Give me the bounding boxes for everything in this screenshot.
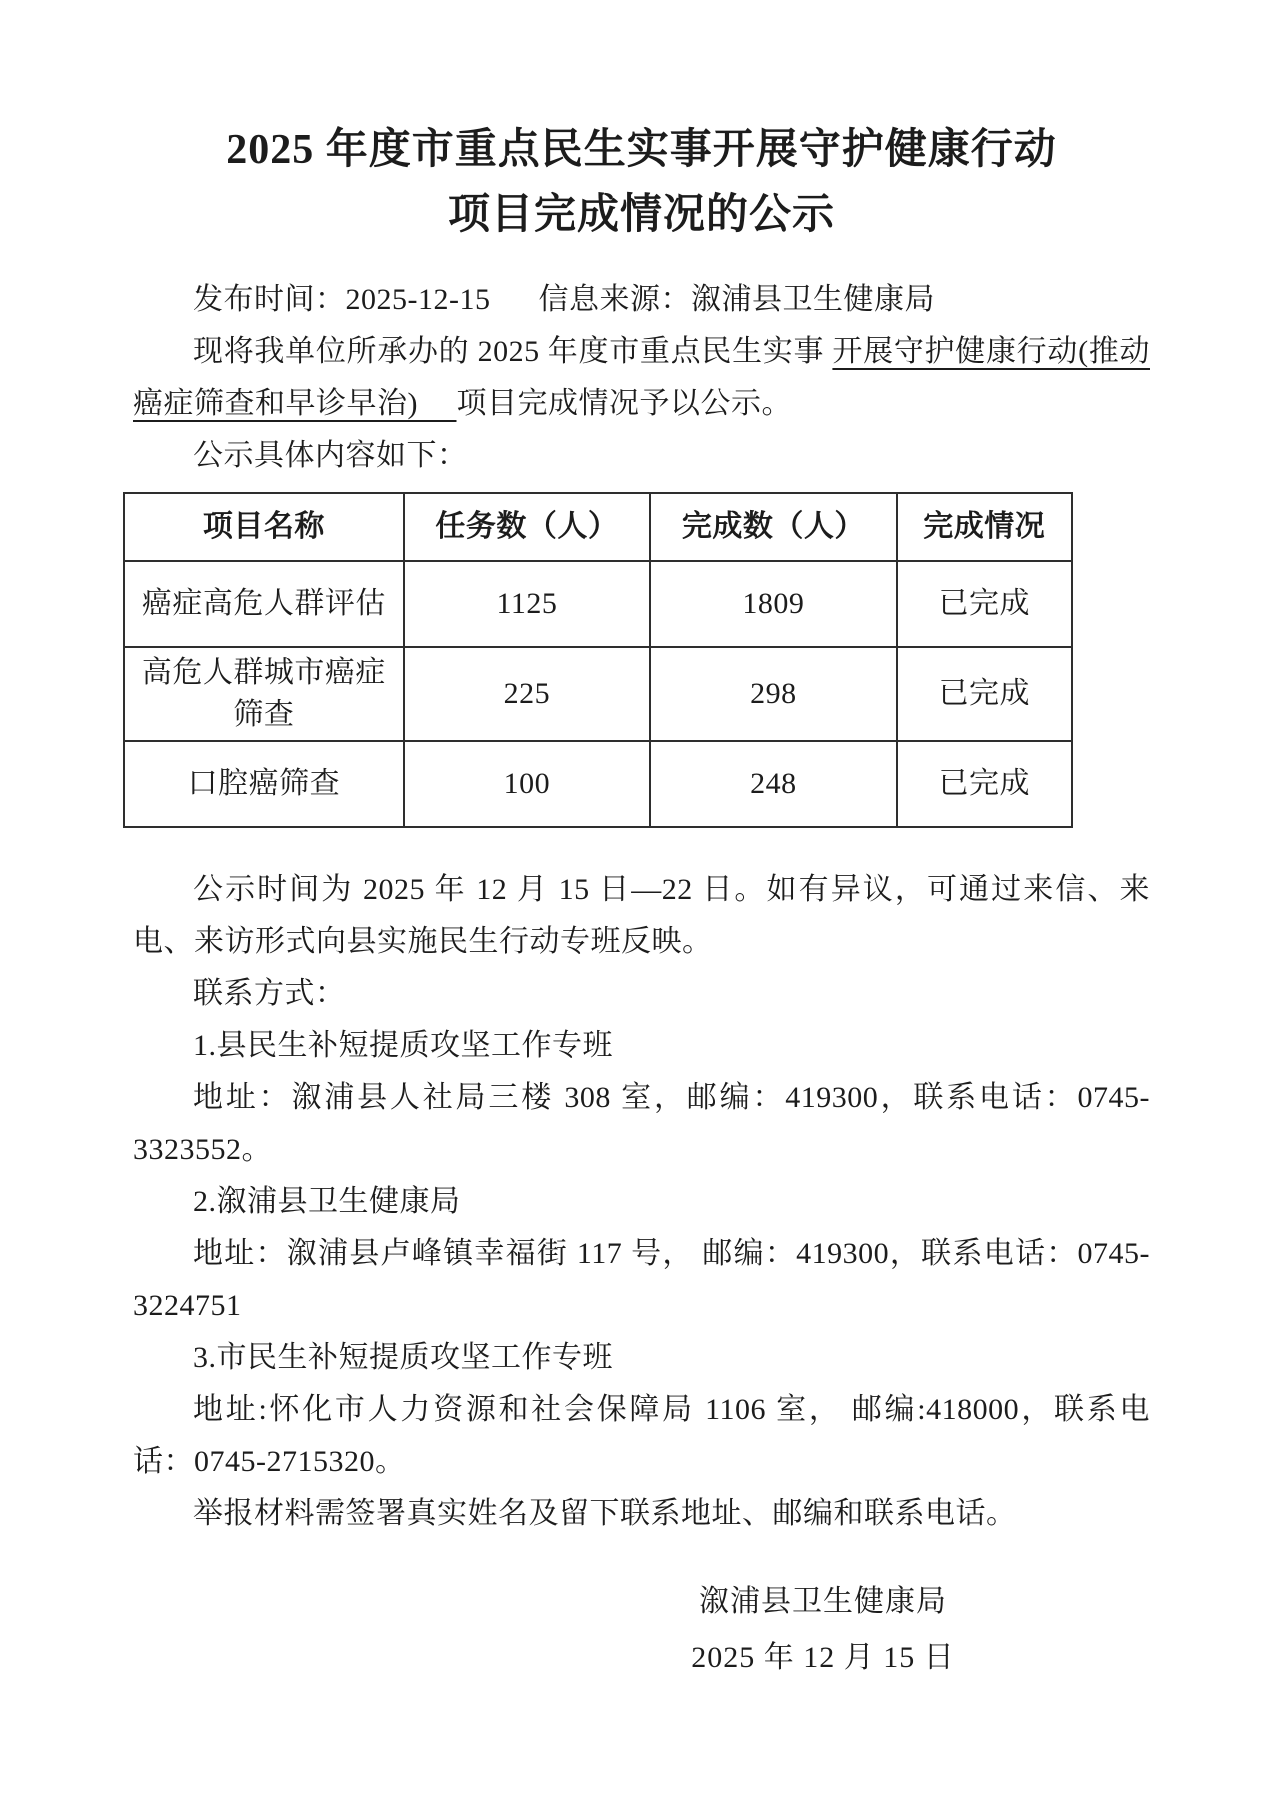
title-line-1: 2025 年度市重点民生实事开展守护健康行动 xyxy=(133,118,1150,183)
col-header-status: 完成情况 xyxy=(897,493,1072,561)
cell-done-count: 248 xyxy=(650,741,896,827)
paragraph-contact-3-name: 3.市民生补短提质攻坚工作专班 xyxy=(133,1332,1150,1384)
cell-task-count: 1125 xyxy=(404,561,650,647)
cell-status: 已完成 xyxy=(897,741,1072,827)
cell-task-count: 100 xyxy=(404,741,650,827)
intro-part1: 现将我单位所承办的 2025 年度市重点民生实事 xyxy=(193,335,832,368)
page-title: 2025 年度市重点民生实事开展守护健康行动 项目完成情况的公示 xyxy=(133,118,1150,248)
intro-part3: 项目完成情况予以公示。 xyxy=(457,387,793,420)
table-row-cancer-risk-assessment: 癌症高危人群评估 1125 1809 已完成 xyxy=(124,561,1072,647)
col-header-done-count: 完成数（人） xyxy=(650,493,896,561)
intro-paragraph: 现将我单位所承办的 2025 年度市重点民生实事 开展守护健康行动(推动癌症筛查… xyxy=(133,326,1150,430)
signature-block: 溆浦县卫生健康局 2025 年 12 月 15 日 xyxy=(603,1574,1043,1686)
cell-status: 已完成 xyxy=(897,647,1072,741)
paragraph-contact-heading: 联系方式： xyxy=(133,968,1150,1020)
col-header-project-name: 项目名称 xyxy=(124,493,404,561)
document-body: 发布时间：2025-12-15信息来源：溆浦县卫生健康局 现将我单位所承办的 2… xyxy=(133,274,1150,1686)
paragraph-publicity-period: 公示时间为 2025 年 12 月 15 日—22 日。如有异议，可通过来信、来… xyxy=(133,864,1150,968)
cell-done-count: 298 xyxy=(650,647,896,741)
paragraph-contact-3-address: 地址:怀化市人力资源和社会保障局 1106 室， 邮编:418000，联系电话：… xyxy=(133,1384,1150,1488)
paragraph-report-note: 举报材料需签署真实姓名及留下联系地址、邮编和联系电话。 xyxy=(133,1488,1150,1540)
title-line-2: 项目完成情况的公示 xyxy=(133,183,1150,248)
cell-project-name: 癌症高危人群评估 xyxy=(124,561,404,647)
notice-document: 2025 年度市重点民生实事开展守护健康行动 项目完成情况的公示 发布时间：20… xyxy=(0,0,1280,1810)
paragraph-contact-2-name: 2.溆浦县卫生健康局 xyxy=(133,1176,1150,1228)
cell-project-name: 高危人群城市癌症筛查 xyxy=(124,647,404,741)
body-paragraphs: 公示时间为 2025 年 12 月 15 日—22 日。如有异议，可通过来信、来… xyxy=(133,864,1150,1540)
cell-task-count: 225 xyxy=(404,647,650,741)
signature-org: 溆浦县卫生健康局 xyxy=(603,1574,1043,1630)
cell-status: 已完成 xyxy=(897,561,1072,647)
paragraph-contact-1-name: 1.县民生补短提质攻坚工作专班 xyxy=(133,1020,1150,1072)
signature-date: 2025 年 12 月 15 日 xyxy=(603,1630,1043,1686)
table-row-oral-cancer-screening: 口腔癌筛查 100 248 已完成 xyxy=(124,741,1072,827)
publish-time-text: 发布时间：2025-12-15 xyxy=(193,283,490,316)
col-header-task-count: 任务数（人） xyxy=(404,493,650,561)
paragraph-contact-2-address: 地址：溆浦县卢峰镇幸福街 117 号， 邮编：419300，联系电话：0745-… xyxy=(133,1228,1150,1332)
paragraph-contact-1-address: 地址：溆浦县人社局三楼 308 室，邮编：419300，联系电话：0745-33… xyxy=(133,1072,1150,1176)
completion-table: 项目名称 任务数（人） 完成数（人） 完成情况 癌症高危人群评估 1125 18… xyxy=(123,492,1073,828)
meta-line: 发布时间：2025-12-15信息来源：溆浦县卫生健康局 xyxy=(133,274,1150,326)
table-row-urban-cancer-screening: 高危人群城市癌症筛查 225 298 已完成 xyxy=(124,647,1072,741)
table-header-row: 项目名称 任务数（人） 完成数（人） 完成情况 xyxy=(124,493,1072,561)
info-source-text: 信息来源：溆浦县卫生健康局 xyxy=(538,283,935,316)
cell-project-name: 口腔癌筛查 xyxy=(124,741,404,827)
cell-done-count: 1809 xyxy=(650,561,896,647)
table-lead: 公示具体内容如下： xyxy=(133,430,1150,482)
